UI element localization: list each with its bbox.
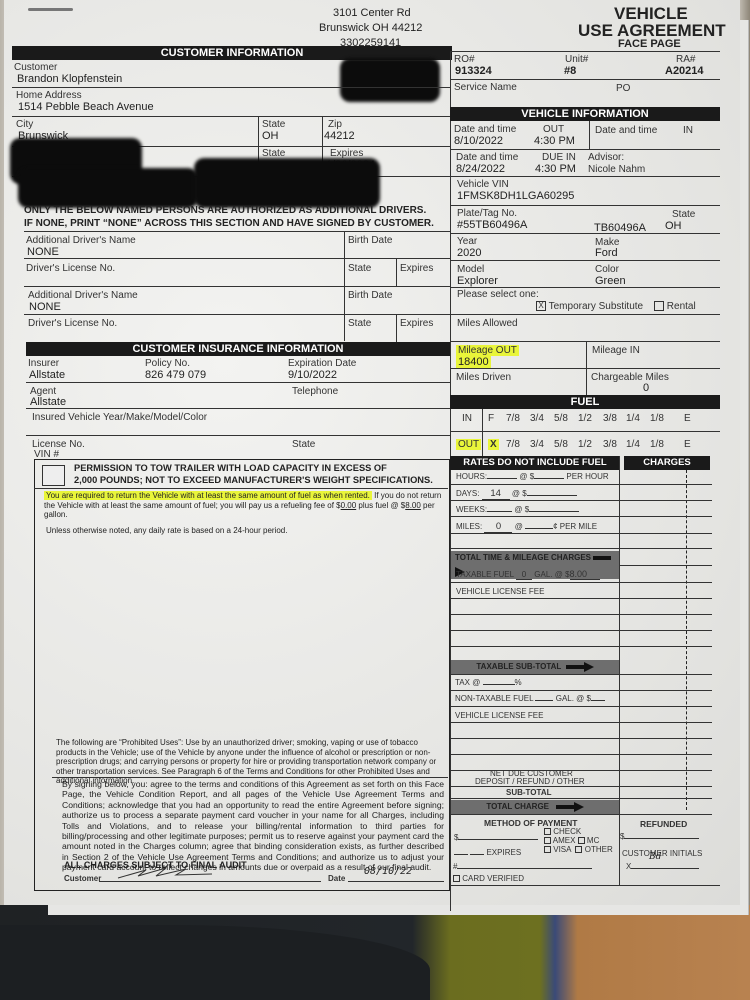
- unit-label: Unit#: [565, 54, 588, 65]
- chargeable-miles-value: 0: [643, 382, 649, 394]
- payment-expires[interactable]: EXPIRES: [454, 848, 521, 857]
- ledger-line: [450, 548, 712, 549]
- make-value: Ford: [595, 247, 618, 259]
- mileage-in-label: Mileage IN: [592, 345, 640, 356]
- total-charge-bar: TOTAL CHARGE: [451, 800, 619, 814]
- fuel-level-out-7-8[interactable]: 7/8: [506, 439, 520, 450]
- insurance-state-label: State: [292, 439, 315, 450]
- model-label: Model: [457, 264, 484, 275]
- fuel-level-in-3-8[interactable]: 3/8: [603, 413, 617, 424]
- title-subtitle: FACE PAGE: [618, 38, 681, 50]
- tow-permission-line2: 2,000 POUNDS; NOT TO EXCEED MANUFACTURER…: [74, 475, 433, 485]
- due-date: 8/24/2022: [456, 163, 505, 175]
- ro-value: 913324: [455, 65, 492, 77]
- staple: [28, 8, 73, 11]
- customer-signature-field[interactable]: [99, 881, 321, 882]
- zip-label: Zip: [328, 119, 342, 130]
- fuel-level-in-1-4[interactable]: 1/4: [626, 413, 640, 424]
- taxable-subtotal-bar: TAXABLE SUB-TOTAL: [451, 660, 619, 674]
- due-time: 4:30 PM: [535, 163, 576, 175]
- ledger-line: [450, 786, 712, 787]
- home-address-label: Home Address: [16, 90, 82, 101]
- year-value: 2020: [457, 247, 481, 259]
- fuel-level-out-1-4[interactable]: 1/4: [626, 439, 640, 450]
- insurer-label: Insurer: [28, 358, 59, 369]
- signature-date: 08/10/22: [364, 866, 412, 877]
- ro-label: RO#: [454, 54, 475, 65]
- fuel-level-in-3-4[interactable]: 3/4: [530, 413, 544, 424]
- additional-driver-1-name: NONE: [27, 246, 59, 258]
- date-label: Date: [328, 874, 345, 883]
- tow-permission-checkbox[interactable]: [42, 465, 65, 486]
- vehicle-license-fee-1: VEHICLE LICENSE FEE: [456, 587, 544, 596]
- daily-rate-note: Unless otherwise noted, any daily rate i…: [46, 526, 287, 536]
- additional-driver-2-name-label: Additional Driver's Name: [28, 290, 138, 301]
- days-row[interactable]: DAYS: 14 @ $: [456, 488, 577, 500]
- ra-value: A20214: [665, 65, 704, 77]
- customer-label: Customer: [14, 62, 57, 73]
- date-field[interactable]: [348, 881, 444, 882]
- card-number[interactable]: #: [453, 862, 592, 871]
- plate-state-label: State: [672, 209, 695, 220]
- expiration-label: Expiration Date: [288, 358, 356, 369]
- model-value: Explorer: [457, 275, 498, 287]
- refund-amount[interactable]: $: [620, 832, 699, 841]
- payment-visa[interactable]: VISA OTHER: [544, 845, 613, 854]
- temporary-substitute-label: Temporary Substitute: [549, 301, 644, 312]
- net-due-line2: DEPOSIT / REFUND / OTHER: [475, 777, 585, 786]
- fuel-level-out-1-8[interactable]: 1/8: [650, 439, 664, 450]
- home-address-value: 1514 Pebble Beach Avenue: [18, 101, 154, 113]
- refunded-heading: REFUNDED: [640, 819, 687, 829]
- fuel-level-in-E[interactable]: E: [684, 413, 691, 424]
- advisor-value: Nicole Nahm: [588, 164, 645, 175]
- non-taxable-fuel-row[interactable]: NON-TAXABLE FUEL GAL. @ $: [455, 694, 605, 703]
- fuel-level-out-E[interactable]: E: [684, 439, 691, 450]
- agent-value: Allstate: [30, 396, 66, 408]
- select-one-label: Please select one:: [457, 289, 539, 300]
- dealer-address-line2: Brunswick OH 44212: [319, 22, 422, 34]
- due-date-label: Date and time: [456, 152, 518, 163]
- taxable-fuel-row[interactable]: TAXABLE FUEL 0 GAL. @ $8.00: [456, 569, 600, 580]
- redacted-birth-date: [340, 58, 440, 102]
- service-name-label: Service Name: [454, 82, 517, 93]
- fuel-level-in-5-8[interactable]: 5/8: [554, 413, 568, 424]
- ledger-line: [450, 533, 712, 534]
- insured-vehicle-label: Insured Vehicle Year/Make/Model/Color: [32, 412, 207, 423]
- ledger-line: [450, 754, 712, 755]
- cents-divider: [686, 470, 687, 810]
- customer-initials-signature: Bd: [649, 852, 661, 862]
- vehicle-information-heading: VEHICLE INFORMATION: [450, 107, 720, 121]
- ledger-line: [450, 500, 712, 501]
- ledger-line: [450, 646, 712, 647]
- ledger-line: [450, 814, 712, 815]
- out-date: 8/10/2022: [454, 135, 503, 147]
- fuel-level-out-3-8[interactable]: 3/8: [603, 439, 617, 450]
- insurance-telephone-label: Telephone: [292, 386, 338, 397]
- policy-value: 826 479 079: [145, 369, 206, 381]
- miles-row[interactable]: MILES: 0 @ ¢ PER MILE: [456, 521, 597, 533]
- signing-agreement-text: By signing below, you: agree to the term…: [62, 779, 444, 873]
- vehicle-license-fee-2: VEHICLE LICENSE FEE: [455, 711, 543, 720]
- plate-value: #55TB60496A: [457, 219, 527, 231]
- weeks-row[interactable]: WEEKS: @ $: [456, 505, 579, 514]
- fuel-level-out-F[interactable]: X: [488, 439, 499, 450]
- payment-amex[interactable]: AMEX MC: [544, 836, 599, 845]
- fuel-out-label: OUT: [456, 439, 481, 450]
- miles-allowed-label: Miles Allowed: [457, 318, 518, 329]
- insurer-value: Allstate: [29, 369, 65, 381]
- in-tag: IN: [683, 125, 693, 136]
- ledger-line: [450, 614, 712, 615]
- out-time: 4:30 PM: [534, 135, 575, 147]
- out-tag: OUT: [543, 124, 564, 135]
- fuel-level-in-1-8[interactable]: 1/8: [650, 413, 664, 424]
- additional-driver-1-birth-label: Birth Date: [348, 235, 392, 246]
- charges-heading: CHARGES: [624, 456, 710, 470]
- expiration-value: 9/10/2022: [288, 369, 337, 381]
- city-label: City: [16, 119, 33, 130]
- ledger-line: [450, 484, 712, 485]
- fuel-level-out-1-2[interactable]: 1/2: [578, 439, 592, 450]
- advisor-label: Advisor:: [588, 152, 624, 163]
- customer-name: Brandon Klopfenstein: [17, 73, 122, 85]
- fuel-level-out-3-4[interactable]: 3/4: [530, 439, 544, 450]
- color-label: Color: [595, 264, 619, 275]
- ledger-line: [450, 690, 712, 691]
- po-label: PO: [616, 83, 630, 94]
- zip-value: 44212: [324, 130, 355, 142]
- ledger-line: [450, 706, 712, 707]
- hours-row[interactable]: HOURS: @ $ PER HOUR: [456, 472, 609, 481]
- ledger-line: [450, 798, 712, 799]
- option-rental[interactable]: Rental: [654, 301, 696, 312]
- subtotal-label: SUB-TOTAL: [506, 788, 551, 797]
- fuel-level-in-1-2[interactable]: 1/2: [578, 413, 592, 424]
- fuel-heading: FUEL: [450, 395, 720, 409]
- customer-signature-label: Customer: [64, 874, 101, 883]
- additional-drivers-notice-2: IF NONE, PRINT “NONE” ACROSS THIS SECTIO…: [24, 218, 434, 229]
- color-value: Green: [595, 275, 626, 287]
- policy-label: Policy No.: [145, 358, 190, 369]
- unit-value: #8: [564, 65, 576, 77]
- rental-label: Rental: [667, 301, 696, 312]
- additional-driver-2-state-label: State: [348, 318, 371, 329]
- customer-initials-label: CUSTOMER INITIALS: [622, 849, 702, 858]
- miles-driven-label: Miles Driven: [456, 372, 511, 383]
- additional-driver-1-expires-label: Expires: [400, 263, 433, 274]
- additional-driver-2-license-label: Driver's License No.: [28, 318, 117, 329]
- additional-driver-1-name-label: Additional Driver's Name: [26, 235, 136, 246]
- due-tag: DUE IN: [542, 152, 576, 163]
- fuel-policy-text: You are required to return the Vehicle w…: [44, 491, 446, 520]
- ra-label: RA#: [676, 54, 695, 65]
- vehicle-use-agreement-form: 3101 Center Rd Brunswick OH 44212 330225…: [4, 0, 740, 905]
- fuel-level-in-F[interactable]: F: [488, 413, 494, 424]
- customer-signature: [116, 864, 216, 880]
- vin-value: 1FMSK8DH1LGA60295: [457, 190, 574, 202]
- ledger-line: [450, 738, 712, 739]
- option-temporary-substitute[interactable]: X Temporary Substitute: [536, 301, 643, 312]
- temporary-substitute-checkbox[interactable]: X: [536, 301, 546, 311]
- dealer-address-line1: 3101 Center Rd: [333, 7, 411, 19]
- fuel-in-label: IN: [462, 413, 472, 424]
- ledger-line: [450, 516, 712, 517]
- out-date-label: Date and time: [454, 124, 516, 135]
- ledger-line: [450, 582, 712, 583]
- customer-insurance-heading: CUSTOMER INSURANCE INFORMATION: [26, 342, 450, 356]
- fuel-level-out-5-8[interactable]: 5/8: [554, 439, 568, 450]
- rates-heading: RATES DO NOT INCLUDE FUEL: [450, 456, 620, 470]
- additional-driver-1-license-label: Driver's License No.: [26, 263, 115, 274]
- redacted-telephone: [18, 168, 198, 208]
- additional-driver-2-expires-label: Expires: [400, 318, 433, 329]
- additional-driver-2-name: NONE: [29, 301, 61, 313]
- state-label: State: [262, 119, 285, 130]
- payment-amount[interactable]: $: [454, 833, 538, 842]
- ledger-line: [450, 722, 712, 723]
- mileage-out-label: Mileage OUT: [456, 345, 519, 356]
- ledger-line: [450, 630, 712, 631]
- redacted-info: [194, 158, 380, 208]
- tow-permission-line1: PERMISSION TO TOW TRAILER WITH LOAD CAPA…: [74, 463, 387, 473]
- state-value: OH: [262, 130, 279, 142]
- vin-label: Vehicle VIN: [457, 179, 509, 190]
- plate-label: Plate/Tag No.: [457, 208, 517, 219]
- rental-checkbox[interactable]: [654, 301, 664, 311]
- ledger-line: [450, 598, 712, 599]
- additional-driver-1-state-label: State: [348, 263, 371, 274]
- mileage-out-value: 18400: [456, 356, 491, 368]
- in-date-label: Date and time: [595, 125, 657, 136]
- plate-state-value: OH: [665, 220, 682, 232]
- card-verified[interactable]: CARD VERIFIED: [453, 874, 524, 883]
- tax-row[interactable]: TAX @ %: [455, 678, 522, 687]
- year-label: Year: [457, 236, 477, 247]
- customer-initials-field[interactable]: X: [626, 862, 699, 871]
- chargeable-miles-label: Chargeable Miles: [591, 372, 669, 383]
- ledger-line: [450, 674, 712, 675]
- additional-driver-2-birth-label: Birth Date: [348, 290, 392, 301]
- payment-check[interactable]: CHECK: [544, 827, 581, 836]
- additional-drivers-notice-1: ONLY THE BELOW NAMED PERSONS ARE AUTHORI…: [24, 205, 426, 216]
- fuel-level-in-7-8[interactable]: 7/8: [506, 413, 520, 424]
